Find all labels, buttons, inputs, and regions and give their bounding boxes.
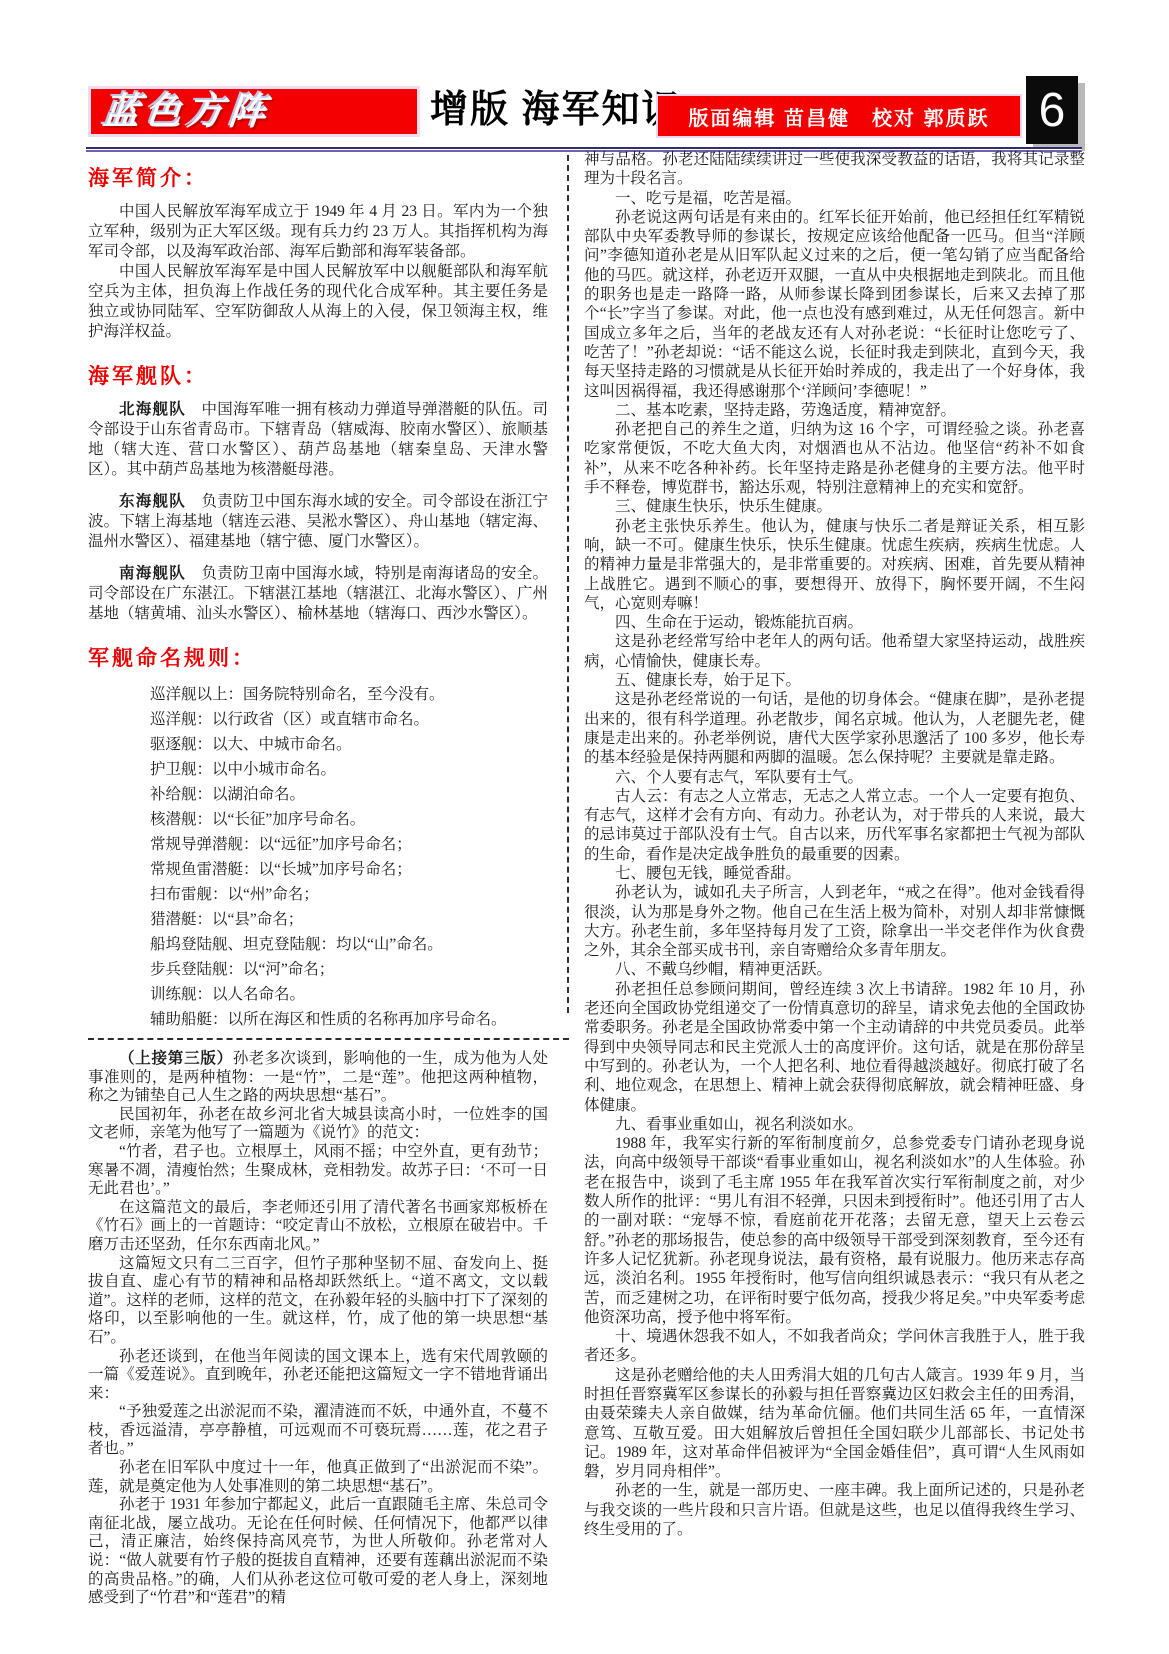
masthead-title: 蓝色方阵 — [101, 93, 273, 130]
credits-banner: 版面编辑 苗昌健 校对 郭质跃 — [656, 94, 1022, 138]
paragraph-text: 孙老的一生，就是一部历史、一座丰碑。我上面所记述的，只是孙老与我交谈的一些片段和… — [584, 1482, 1085, 1538]
article-paragraph: 八、不戴乌纱帽，精神更活跃。 — [584, 960, 1085, 979]
paragraph-text: 八、不戴乌纱帽，精神更活跃。 — [615, 961, 832, 978]
paragraph-text: 这是孙老赠给他的夫人田秀涓大姐的几句古人箴言。1939 年 9 月，当时担任晋察… — [584, 1367, 1085, 1480]
fleet-name: 东海舰队 — [119, 493, 186, 510]
article-paragraph: “予独爱莲之出淤泥而不染，濯清涟而不妖，中通外直，不蔓不枝，香远溢清，亭亭静植，… — [88, 1403, 548, 1459]
paragraph-text: 一、吃亏是福，吃苦是福。 — [615, 190, 801, 207]
paragraph-text: 孙老还谈到，在他当年阅读的国文课本上，选有宋代周敦颐的一篇《爱莲说》。直到晚年，… — [88, 1348, 548, 1402]
article-paragraph: 这篇短文只有二三百字，但竹子那种坚韧不屈、奋发向上、挺拔自直、虚心有节的精神和品… — [88, 1255, 548, 1348]
article-paragraph: 孙老于 1931 年参加宁都起义，此后一直跟随毛主席、朱总司令南征北战，屡立战功… — [88, 1496, 548, 1608]
fleet-paragraph: 东海舰队负责防卫中国东海水域的安全。司令部设在浙江宁波。下辖上海基地（辖连云港、… — [88, 492, 548, 552]
article-paragraph: 三、健康生快乐，快乐生健康。 — [584, 497, 1085, 516]
column-divider-dashed — [567, 155, 569, 1013]
paragraph-text: 民国初年，孙老在故乡河北省大城县读高小时，一位姓李的国文老师，亲笔为他写了一篇题… — [88, 1106, 548, 1142]
paragraph-text: 六、个人要有志气，军队要有士气。 — [615, 769, 863, 786]
article-paragraph: 十、境遇休怨我不如人，不如我者尚众；学问休言我胜于人，胜于我者还多。 — [584, 1327, 1085, 1366]
article-paragraph: 这是孙老赠给他的夫人田秀涓大姐的几句古人箴言。1939 年 9 月，当时担任晋察… — [584, 1366, 1085, 1482]
article-paragraph: 孙老认为，诚如孔夫子所言，人到老年，“戒之在得”。他对金钱看得很淡，认为那是身外… — [584, 883, 1085, 960]
article-paragraph: （上接第三版）孙老多次谈到，影响他的一生，成为他为人处事准则的，是两种植物：一是… — [88, 1050, 548, 1106]
paragraph-text: 在这篇范文的最后，李老师还引用了清代著名书画家郑板桥在《竹石》画上的一首题诗：“… — [88, 1199, 548, 1253]
paragraph-text: 1988 年，我军实行新的军衔制度前夕，总参党委专门请孙老现身说法，向高中级领导… — [584, 1135, 1085, 1326]
left-column: 海军简介： 中国人民解放军海军成立于 1949 年 4 月 23 日。军内为一个… — [88, 158, 548, 1608]
naming-rule: 船坞登陆舰、坦克登陆舰：均以“山”命名。 — [150, 932, 548, 957]
section-divider-dashed — [88, 1038, 569, 1040]
naming-rule: 巡洋舰：以行政省（区）或直辖市命名。 — [150, 707, 548, 732]
article-paragraph: 二、基本吃素，坚持走路，劳逸适度，精神宽舒。 — [584, 401, 1085, 420]
navy-intro-paragraphs: 中国人民解放军海军成立于 1949 年 4 月 23 日。军内为一个独立军种，级… — [88, 202, 548, 342]
article-paragraph: 六、个人要有志气，军队要有士气。 — [584, 768, 1085, 787]
paragraph-text: 九、看事业重如山，视名利淡如水。 — [615, 1116, 863, 1133]
article-paragraph: 孙老的一生，就是一部历史、一座丰碑。我上面所记述的，只是孙老与我交谈的一些片段和… — [584, 1481, 1085, 1539]
masthead-banner: 蓝色方阵 — [88, 86, 420, 137]
paragraph-text: 十、境遇休怨我不如人，不如我者尚众；学问休言我胜于人，胜于我者还多。 — [584, 1328, 1085, 1364]
paragraph-text: 孙老认为，诚如孔夫子所言，人到老年，“戒之在得”。他对金钱看得很淡，认为那是身外… — [584, 884, 1085, 959]
article-paragraph: 四、生命在于运动，锻炼能抗百病。 — [584, 613, 1085, 632]
naming-rule: 辅助船艇：以所在海区和性质的名称再加序号命名。 — [150, 1007, 548, 1032]
newspaper-page: 蓝色方阵 增版 海军知识 版面编辑 苗昌健 校对 郭质跃 6 海军简介： 中国人… — [0, 0, 1169, 1654]
section-heading-fleets: 海军舰队： — [88, 360, 548, 390]
navy-knowledge-box: 海军简介： 中国人民解放军海军成立于 1949 年 4 月 23 日。军内为一个… — [88, 162, 548, 1032]
right-column: 神与品格。孙老还陆陆续续讲过一些使我深受教益的话语，我将其记录整理为十段名言。一… — [584, 150, 1085, 1539]
page-number-box: 6 — [1026, 76, 1078, 144]
article-paragraph: 在这篇范文的最后，李老师还引用了清代著名书画家郑板桥在《竹石》画上的一首题诗：“… — [88, 1199, 548, 1255]
paragraph-text: 孙老说这两句话是有来由的。红军长征开始前，他已经担任红军精锐部队中央军委教导师的… — [584, 209, 1085, 400]
paragraph-text: 二、基本吃素，坚持走路，劳逸适度，精神宽舒。 — [615, 402, 956, 419]
naming-rule: 扫布雷舰：以“州”命名； — [150, 882, 548, 907]
article-paragraph: 七、腰包无钱，睡觉香甜。 — [584, 864, 1085, 883]
section-heading-navy-intro: 海军简介： — [88, 162, 548, 192]
article-paragraph: 孙老在旧军队中度过十一年，他真正做到了“出淤泥而不染”。莲，就是奠定他为人处事准… — [88, 1459, 548, 1496]
paragraph-text: 这篇短文只有二三百字，但竹子那种坚韧不屈、奋发向上、挺拔自直、虚心有节的精神和品… — [88, 1255, 548, 1346]
paragraph-text: “予独爱莲之出淤泥而不染，濯清涟而不妖，中通外直，不蔓不枝，香远溢清，亭亭静植，… — [88, 1403, 548, 1457]
paragraph-text: 孙老担任总参顾问期间，曾经连续 3 次上书请辞。1982 年 10 月，孙老还向… — [584, 981, 1085, 1114]
edition-title: 增版 海军知识 — [430, 84, 658, 136]
naming-rules-list: 巡洋舰以上：国务院特别命名，至今没有。巡洋舰：以行政省（区）或直辖市命名。驱逐舰… — [88, 682, 548, 1032]
fleet-paragraphs: 北海舰队中国海军唯一拥有核动力弹道导弹潜艇的队伍。司令部设于山东省青岛市。下辖青… — [88, 400, 548, 624]
paragraph: 中国人民解放军海军成立于 1949 年 4 月 23 日。军内为一个独立军种，级… — [88, 202, 548, 262]
article-paragraph: 神与品格。孙老还陆陆续续讲过一些使我深受教益的话语，我将其记录整理为十段名言。 — [584, 150, 1085, 189]
article-paragraph: 古人云：有志之人立常志，无志之人常立志。一个人一定要有抱负、有志气，这样才会有方… — [584, 787, 1085, 864]
paragraph-text: 七、腰包无钱，睡觉香甜。 — [615, 865, 801, 882]
article-paragraph: 孙老说这两句话是有来由的。红军长征开始前，他已经担任红军精锐部队中央军委教导师的… — [584, 208, 1085, 401]
naming-rule: 巡洋舰以上：国务院特别命名，至今没有。 — [150, 682, 548, 707]
fleet-name: 南海舰队 — [119, 565, 186, 582]
page-number: 6 — [1039, 83, 1066, 138]
paragraph-text: 孙老主张快乐养生。他认为，健康与快乐二者是辩证关系，相互影响，缺一不可。健康生快… — [584, 518, 1085, 612]
paragraph-text: 三、健康生快乐，快乐生健康。 — [615, 498, 832, 515]
naming-rule: 常规鱼雷潜艇：以“长城”加序号命名； — [150, 857, 548, 882]
paragraph-text: 孙老于 1931 年参加宁都起义，此后一直跟随毛主席、朱总司令南征北战，屡立战功… — [88, 1496, 548, 1606]
naming-rule: 驱逐舰：以大、中城市命名。 — [150, 732, 548, 757]
fleet-paragraph: 北海舰队中国海军唯一拥有核动力弹道导弹潜艇的队伍。司令部设于山东省青岛市。下辖青… — [88, 400, 548, 480]
paragraph-text: 神与品格。孙老还陆陆续续讲过一些使我深受教益的话语，我将其记录整理为十段名言。 — [584, 151, 1085, 187]
continued-from-label: （上接第三版） — [119, 1050, 233, 1067]
article-paragraph: “竹者，君子也。立根厚土，风雨不摇；中空外直，更有劲节；寒暑不凋，清瘦怡然；生聚… — [88, 1143, 548, 1199]
credits-text: 版面编辑 苗昌健 校对 郭质跃 — [688, 102, 989, 131]
article-paragraph: 孙老把自己的养生之道，归纳为这 16 个字，可谓经验之谈。孙老喜吃家常便饭，不吃… — [584, 420, 1085, 497]
naming-rule: 护卫舰：以中小城市命名。 — [150, 757, 548, 782]
paragraph-text: “竹者，君子也。立根厚土，风雨不摇；中空外直，更有劲节；寒暑不凋，清瘦怡然；生聚… — [88, 1143, 548, 1197]
paragraph: 中国人民解放军海军是中国人民解放军中以舰艇部队和海军航空兵为主体，担负海上作战任… — [88, 262, 548, 342]
naming-rule: 常规导弹潜舰：以“远征”加序号命名； — [150, 832, 548, 857]
article-paragraph: 一、吃亏是福，吃苦是福。 — [584, 189, 1085, 208]
article-paragraph: 九、看事业重如山，视名利淡如水。 — [584, 1115, 1085, 1134]
article-paragraph: 孙老担任总参顾问期间，曾经连续 3 次上书请辞。1982 年 10 月，孙老还向… — [584, 980, 1085, 1115]
paragraph-text: 孙老在旧军队中度过十一年，他真正做到了“出淤泥而不染”。莲，就是奠定他为人处事准… — [88, 1459, 548, 1495]
article-paragraph: 这是孙老经常写给中老年人的两句话。他希望大家坚持运动，战胜疾病，心情愉快，健康长… — [584, 632, 1085, 671]
paragraph-text: 四、生命在于运动，锻炼能抗百病。 — [615, 614, 863, 631]
naming-rule: 步兵登陆舰：以“河”命名； — [150, 957, 548, 982]
paragraph-text: 这是孙老经常写给中老年人的两句话。他希望大家坚持运动，战胜疾病，心情愉快，健康长… — [584, 633, 1085, 669]
paragraph-text: 五、健康长寿，始于足下。 — [615, 672, 801, 689]
fleet-paragraph: 南海舰队负责防卫南中国海水域，特别是南海诸岛的安全。司令部设在广东湛江。下辖湛江… — [88, 564, 548, 624]
article-paragraph: 五、健康长寿，始于足下。 — [584, 671, 1085, 690]
article-paragraph: 孙老主张快乐养生。他认为，健康与快乐二者是辩证关系，相互影响，缺一不可。健康生快… — [584, 517, 1085, 613]
paragraph-text: 这是孙老经常说的一句话，是他的切身体会。“健康在脚”，是孙老提出来的，很有科学道… — [584, 691, 1085, 766]
article-paragraph: 民国初年，孙老在故乡河北省大城县读高小时，一位姓李的国文老师，亲笔为他写了一篇题… — [88, 1106, 548, 1143]
article-paragraph: 这是孙老经常说的一句话，是他的切身体会。“健康在脚”，是孙老提出来的，很有科学道… — [584, 690, 1085, 767]
article-left-part: （上接第三版）孙老多次谈到，影响他的一生，成为他为人处事准则的，是两种植物：一是… — [88, 1050, 548, 1608]
naming-rule: 补给舰：以湖泊命名。 — [150, 782, 548, 807]
section-heading-naming-rules: 军舰命名规则： — [88, 642, 548, 672]
paragraph-text: 古人云：有志之人立常志，无志之人常立志。一个人一定要有抱负、有志气，这样才会有方… — [584, 788, 1085, 863]
naming-rule: 训练舰：以人名命名。 — [150, 982, 548, 1007]
fleet-name: 北海舰队 — [119, 401, 186, 418]
paragraph-text: 孙老把自己的养生之道，归纳为这 16 个字，可谓经验之谈。孙老喜吃家常便饭，不吃… — [584, 421, 1085, 496]
naming-rule: 核潜舰：以“长征”加序号命名。 — [150, 807, 548, 832]
naming-rule: 猎潜艇：以“县”命名； — [150, 907, 548, 932]
article-paragraph: 1988 年，我军实行新的军衔制度前夕，总参党委专门请孙老现身说法，向高中级领导… — [584, 1134, 1085, 1327]
article-paragraph: 孙老还谈到，在他当年阅读的国文课本上，选有宋代周敦颐的一篇《爱莲说》。直到晚年，… — [88, 1348, 548, 1404]
